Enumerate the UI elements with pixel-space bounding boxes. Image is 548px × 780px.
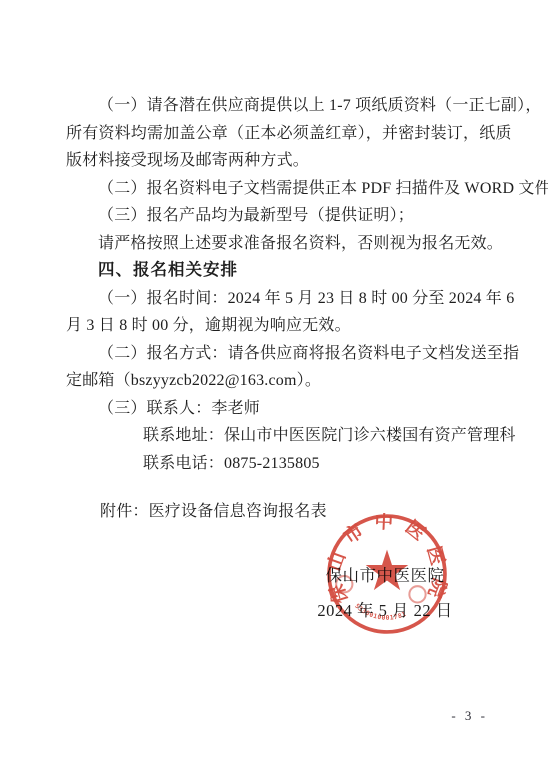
document-page: （一）请各潜在供应商提供以上 1-7 项纸质资料（一正七副）， 所有资料均需加盖… xyxy=(0,0,548,780)
page-number: - 3 - xyxy=(451,708,488,724)
paragraph-line: （一）报名时间：2024 年 5 月 23 日 8 时 00 分至 2024 年… xyxy=(66,285,522,313)
paragraph-line: 请严格按照上述要求准备报名资料，否则视为报名无效。 xyxy=(66,230,522,258)
paragraph-line: （三）联系人：李老师 xyxy=(66,395,522,423)
seal-star-icon xyxy=(366,550,409,590)
attachment-line: 附件：医疗设备信息咨询报名表 xyxy=(66,498,522,526)
seal-artifact-ring xyxy=(409,586,425,602)
paragraph-line: （三）报名产品均为最新型号（提供证明）； xyxy=(66,202,522,230)
paragraph-line: 版材料接受现场及邮寄两种方式。 xyxy=(66,147,522,175)
paragraph-line: 所有资料均需加盖公章（正本必须盖红章），并密封装订，纸质 xyxy=(66,120,522,148)
paragraph-line: （二）报名方式：请各供应商将报名资料电子文档发送至指 xyxy=(66,340,522,368)
document-body: （一）请各潜在供应商提供以上 1-7 项纸质资料（一正七副）， 所有资料均需加盖… xyxy=(66,92,522,526)
paragraph-line: （一）请各潜在供应商提供以上 1-7 项纸质资料（一正七副）， xyxy=(66,92,522,120)
section-heading: 四、报名相关安排 xyxy=(66,257,522,285)
paragraph-line: 月 3 日 8 时 00 分，逾期视为响应无效。 xyxy=(66,312,522,340)
contact-address-line: 联系地址：保山市中医医院门诊六楼国有资产管理科 xyxy=(66,422,522,450)
paragraph-line: （二）报名资料电子文档需提供正本 PDF 扫描件及 WORD 文件； xyxy=(66,175,522,203)
seal-serial-number: 5330010001781 xyxy=(353,603,407,622)
contact-phone-line: 联系电话：0875-2135805 xyxy=(66,450,522,478)
official-seal-stamp: 保山市中医医院 5330010001781 xyxy=(326,513,448,635)
paragraph-line: 定邮箱（bszyyzcb2022@163.com）。 xyxy=(66,367,522,395)
